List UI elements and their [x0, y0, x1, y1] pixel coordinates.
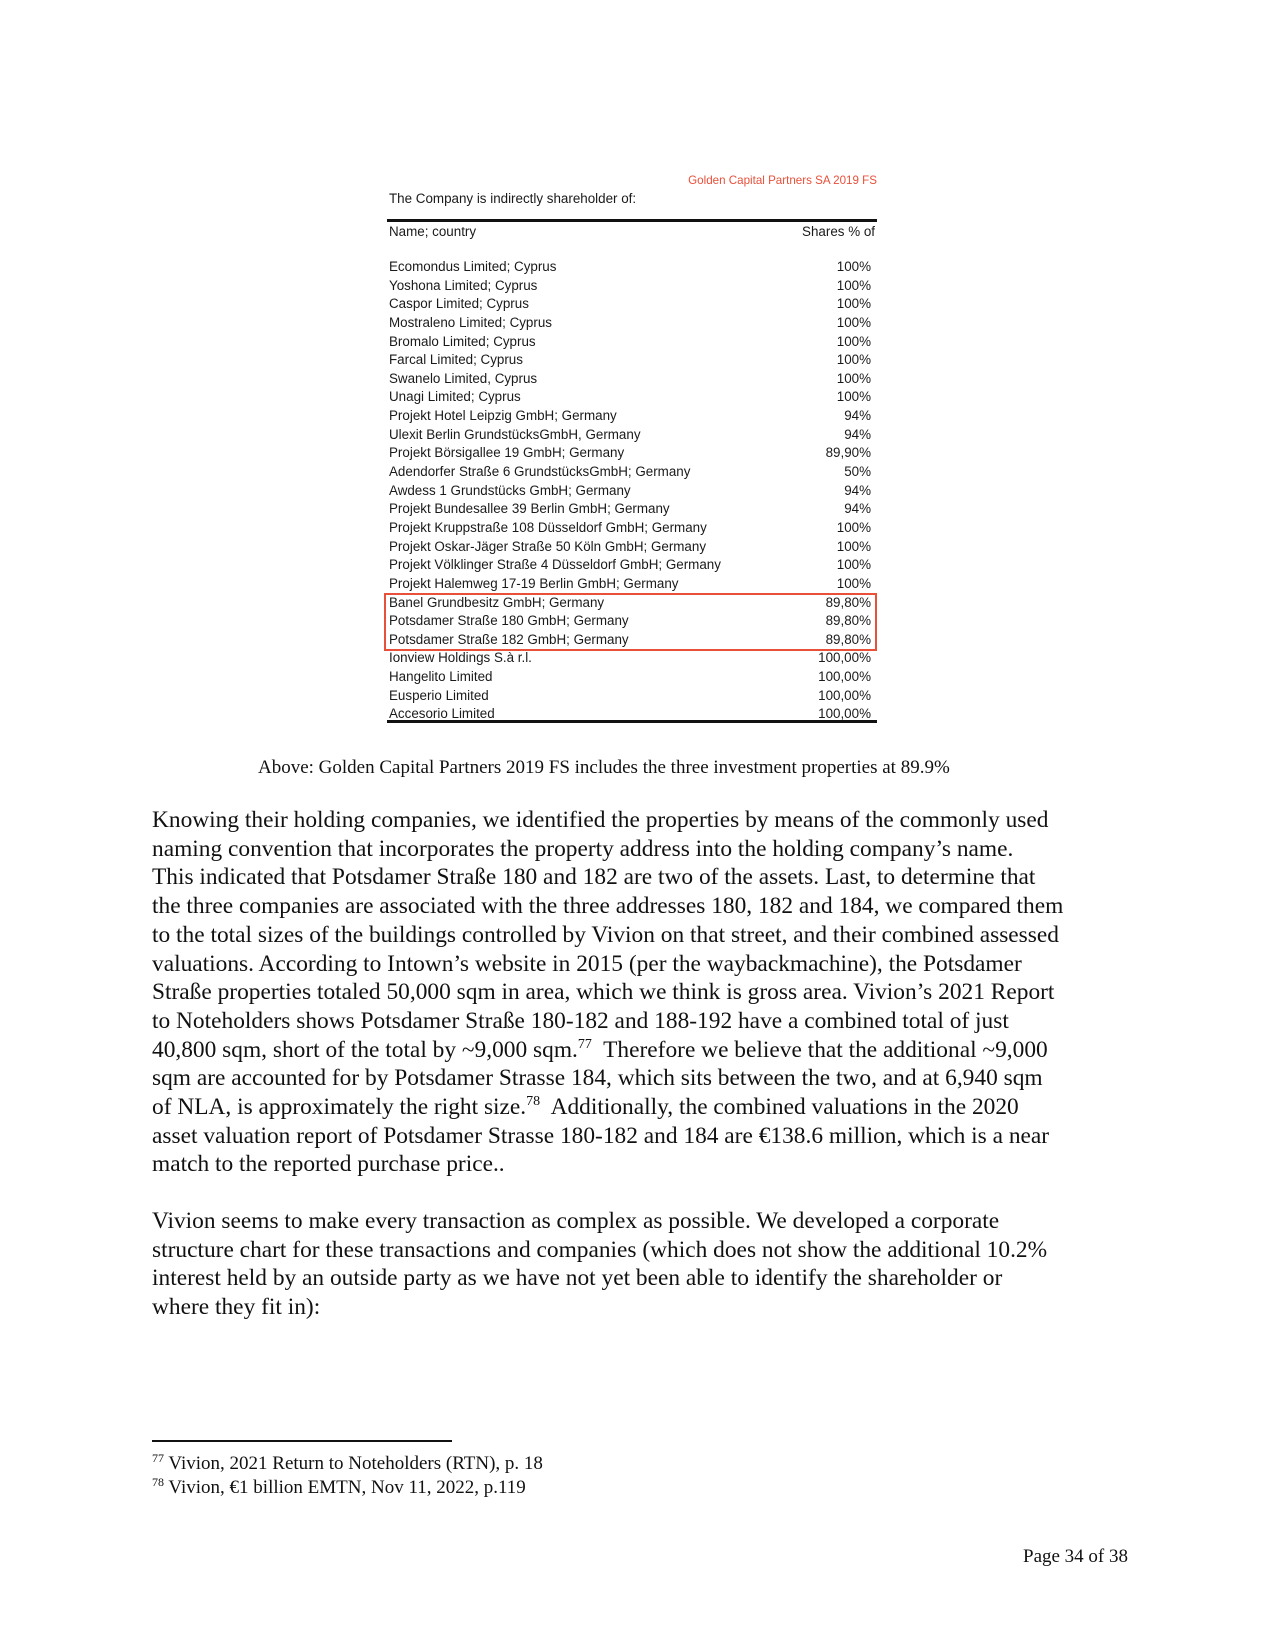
share-percentage: 100%	[837, 351, 871, 370]
text-segment: Additionally, the combined valuations in…	[540, 1094, 1019, 1120]
company-name: Yoshona Limited; Cyprus	[389, 277, 537, 296]
document-page: Golden Capital Partners SA 2019 FS The C…	[0, 0, 1275, 1650]
footnote-77: 77 Vivion, 2021 Return to Noteholders (R…	[152, 1452, 543, 1476]
table-row: Ecomondus Limited; Cyprus100%	[387, 258, 877, 277]
share-percentage: 100%	[837, 258, 871, 277]
table-row: Hangelito Limited100,00%	[387, 668, 877, 687]
share-percentage: 100%	[837, 538, 871, 557]
share-percentage: 100%	[837, 277, 871, 296]
company-name: Farcal Limited; Cyprus	[389, 351, 523, 370]
text-line: of NLA, is approximately the right size.…	[152, 1093, 1142, 1122]
table-row: Awdess 1 Grundstücks GmbH; Germany94%	[387, 482, 877, 501]
company-name: Projekt Oskar-Jäger Straße 50 Köln GmbH;…	[389, 538, 706, 557]
table-source-label: Golden Capital Partners SA 2019 FS	[688, 174, 877, 187]
table-row: Projekt Kruppstraße 108 Düsseldorf GmbH;…	[387, 519, 877, 538]
paragraph-holding-companies: Knowing their holding companies, we iden…	[152, 806, 1142, 1179]
table-row: Projekt Völklinger Straße 4 Düsseldorf G…	[387, 556, 877, 575]
share-percentage: 100%	[837, 556, 871, 575]
text-line: to the total sizes of the buildings cont…	[152, 921, 1142, 950]
text-line: 40,800 sqm, short of the total by ~9,000…	[152, 1036, 1142, 1065]
text-line: match to the reported purchase price..	[152, 1150, 1142, 1179]
company-name: Caspor Limited; Cyprus	[389, 295, 529, 314]
table-row: Projekt Bundesallee 39 Berlin GmbH; Germ…	[387, 500, 877, 519]
share-percentage: 100%	[837, 370, 871, 389]
company-name: Projekt Hotel Leipzig GmbH; Germany	[389, 407, 617, 426]
company-name: Adendorfer Straße 6 GrundstücksGmbH; Ger…	[389, 463, 690, 482]
company-name: Ecomondus Limited; Cyprus	[389, 258, 556, 277]
company-name: Swanelo Limited, Cyprus	[389, 370, 537, 389]
table-row: Mostraleno Limited; Cyprus100%	[387, 314, 877, 333]
company-name: Ionview Holdings S.à r.l.	[389, 649, 532, 668]
share-percentage: 94%	[844, 482, 871, 501]
table-row: Swanelo Limited, Cyprus100%	[387, 370, 877, 389]
company-name: Projekt Kruppstraße 108 Düsseldorf GmbH;…	[389, 519, 707, 538]
table-row: Projekt Halemweg 17-19 Berlin GmbH; Germ…	[387, 575, 877, 594]
table-header: Name; country Shares % of	[387, 222, 877, 242]
figure-caption: Above: Golden Capital Partners 2019 FS i…	[258, 757, 950, 779]
text-line: naming convention that incorporates the …	[152, 835, 1142, 864]
company-name: Projekt Bundesallee 39 Berlin GmbH; Germ…	[389, 500, 670, 519]
table-intro: The Company is indirectly shareholder of…	[389, 191, 636, 206]
table-row: Bromalo Limited; Cyprus100%	[387, 333, 877, 352]
table-row: Ionview Holdings S.à r.l.100,00%	[387, 649, 877, 668]
company-name: Mostraleno Limited; Cyprus	[389, 314, 552, 333]
company-name: Awdess 1 Grundstücks GmbH; Germany	[389, 482, 631, 501]
table-row: Caspor Limited; Cyprus100%	[387, 295, 877, 314]
table-row: Yoshona Limited; Cyprus100%	[387, 277, 877, 296]
company-name: Projekt Halemweg 17-19 Berlin GmbH; Germ…	[389, 575, 679, 594]
table-row: Adendorfer Straße 6 GrundstücksGmbH; Ger…	[387, 463, 877, 482]
table-row: Projekt Börsigallee 19 GmbH; Germany89,9…	[387, 444, 877, 463]
share-percentage: 100,00%	[818, 649, 871, 668]
share-percentage: 100%	[837, 519, 871, 538]
share-percentage: 100%	[837, 575, 871, 594]
text-line: Straße properties totaled 50,000 sqm in …	[152, 978, 1142, 1007]
share-percentage: 94%	[844, 407, 871, 426]
highlight-box	[384, 593, 877, 651]
share-percentage: 100%	[837, 333, 871, 352]
text-line: interest held by an outside party as we …	[152, 1264, 1142, 1293]
paragraph-structure-chart: Vivion seems to make every transaction a…	[152, 1207, 1142, 1322]
footnote-text: Vivion, €1 billion EMTN, Nov 11, 2022, p…	[164, 1477, 526, 1498]
table-row: Unagi Limited; Cyprus100%	[387, 388, 877, 407]
text-segment: Therefore we believe that the additional…	[592, 1037, 1048, 1063]
table-bottom-rule	[387, 720, 877, 723]
text-line: valuations. According to Intown’s websit…	[152, 950, 1142, 979]
share-percentage: 94%	[844, 500, 871, 519]
table-row: Projekt Hotel Leipzig GmbH; Germany94%	[387, 407, 877, 426]
table-row: Ulexit Berlin GrundstücksGmbH, Germany94…	[387, 426, 877, 445]
company-name: Hangelito Limited	[389, 668, 492, 687]
column-header-shares: Shares % of	[802, 224, 875, 239]
text-line: sqm are accounted for by Potsdamer Stras…	[152, 1064, 1142, 1093]
text-line: asset valuation report of Potsdamer Stra…	[152, 1122, 1142, 1151]
company-name: Projekt Völklinger Straße 4 Düsseldorf G…	[389, 556, 721, 575]
footnote-number: 78	[152, 1475, 164, 1489]
text-line: Vivion seems to make every transaction a…	[152, 1207, 1142, 1236]
table-row: Farcal Limited; Cyprus100%	[387, 351, 877, 370]
company-name: Bromalo Limited; Cyprus	[389, 333, 536, 352]
table-row: Eusperio Limited100,00%	[387, 687, 877, 706]
share-percentage: 100,00%	[818, 687, 871, 706]
text-segment: of NLA, is approximately the right size.	[152, 1094, 526, 1120]
share-percentage: 100%	[837, 295, 871, 314]
text-line: to Noteholders shows Potsdamer Straße 18…	[152, 1007, 1142, 1036]
footnote-78: 78 Vivion, €1 billion EMTN, Nov 11, 2022…	[152, 1476, 543, 1500]
footnote-separator	[152, 1440, 452, 1442]
text-line: Knowing their holding companies, we iden…	[152, 806, 1142, 835]
text-line: This indicated that Potsdamer Straße 180…	[152, 863, 1142, 892]
share-percentage: 100%	[837, 388, 871, 407]
footnotes: 77 Vivion, 2021 Return to Noteholders (R…	[152, 1452, 543, 1500]
footnote-ref-77[interactable]: 77	[578, 1037, 592, 1052]
share-percentage: 89,90%	[826, 444, 871, 463]
text-line: the three companies are associated with …	[152, 892, 1142, 921]
table-body: Ecomondus Limited; Cyprus100%Yoshona Lim…	[387, 258, 877, 724]
company-name: Unagi Limited; Cyprus	[389, 388, 521, 407]
share-percentage: 50%	[844, 463, 871, 482]
footnote-number: 77	[152, 1451, 164, 1465]
share-percentage: 100,00%	[818, 668, 871, 687]
text-line: where they fit in):	[152, 1293, 1142, 1322]
column-header-name: Name; country	[389, 224, 476, 239]
share-percentage: 94%	[844, 426, 871, 445]
footnote-text: Vivion, 2021 Return to Noteholders (RTN)…	[164, 1453, 543, 1474]
share-percentage: 100%	[837, 314, 871, 333]
page-number: Page 34 of 38	[1023, 1546, 1128, 1568]
company-name: Ulexit Berlin GrundstücksGmbH, Germany	[389, 426, 641, 445]
company-name: Projekt Börsigallee 19 GmbH; Germany	[389, 444, 624, 463]
text-line: structure chart for these transactions a…	[152, 1236, 1142, 1265]
footnote-ref-78[interactable]: 78	[526, 1094, 540, 1109]
company-name: Eusperio Limited	[389, 687, 489, 706]
text-segment: 40,800 sqm, short of the total by ~9,000…	[152, 1037, 578, 1063]
table-row: Projekt Oskar-Jäger Straße 50 Köln GmbH;…	[387, 538, 877, 557]
